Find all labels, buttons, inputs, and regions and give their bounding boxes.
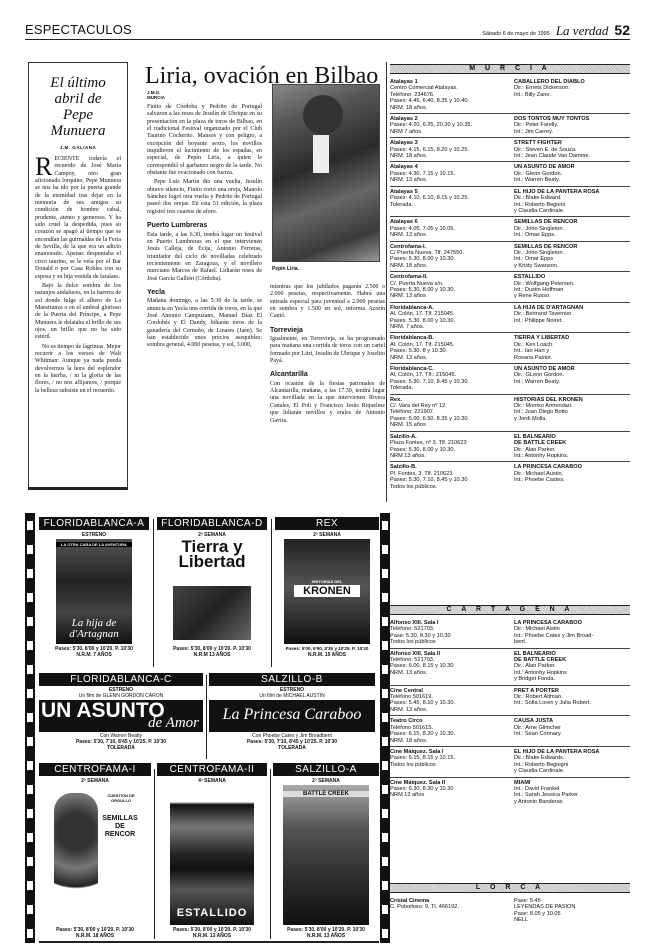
sprocket-hole	[27, 833, 33, 842]
cinema-listing: Atalayas 6Pases: 4.05, 7.05 y 10.05.NRM.…	[390, 217, 630, 241]
page-number: 52	[614, 22, 630, 38]
poster-princesa-caraboo: La Princesa Caraboo	[209, 700, 375, 732]
cinema-ads: FLORIDABLANCA-A ESTRENO LA OTRA CARA DE …	[25, 513, 390, 943]
cinema-info: NRM. 18 años.	[390, 105, 510, 111]
sprocket-hole	[27, 905, 33, 914]
poster-battle-creek: BATTLE CREEK	[283, 785, 369, 925]
cinema-listing: Salzillo-A.Plaza Fontes, nº 3. Tlf. 2106…	[390, 432, 630, 463]
ad-salzillo-b: SALZILLO-B ESTRENO Un film de MICHAEL AU…	[209, 673, 375, 751]
film-credit: Int.: Warren Beaty.	[514, 177, 630, 183]
drop-cap: R	[35, 156, 52, 178]
sprocket-hole	[382, 617, 388, 626]
listings-murcia: M U R C I A Atalayas 1Centro Comercial A…	[390, 64, 630, 492]
ad-divider	[154, 769, 155, 939]
film-credit: Int.: Sean Connary.	[514, 731, 630, 737]
sprocket-hole	[382, 569, 388, 578]
cinema-listing: Cine Máiquez. Sala IPases: 6.15, 8.15 y …	[390, 747, 630, 778]
cinema-listing: Floridablanca-C.Al. Colón, 17. Tlf.: 215…	[390, 364, 630, 395]
sprocket-hole	[382, 809, 388, 818]
ad-divider	[153, 519, 154, 667]
cinema-listing: Teatro CircoTeléfono 501615.Pases: 6.15,…	[390, 716, 630, 747]
subhead-alcantarilla: Alcantarilla	[270, 371, 385, 378]
section-title: ESPECTACULOS	[25, 22, 132, 37]
filmstrip-right	[380, 513, 390, 943]
film-credit: bent.	[514, 639, 630, 645]
ad-rex: REX 2ª SEMANA HISTORIAS DEL KRONEN Pases…	[275, 517, 379, 658]
column-title: El último abril de Pepe Munuera	[35, 75, 121, 139]
cinema-listing: Centrofama-II.C/. Puerta Nueva s/n.Pases…	[390, 272, 630, 303]
sprocket-hole	[27, 689, 33, 698]
film-credit: y Bridget Fonda.	[514, 676, 630, 682]
sprocket-hole	[27, 929, 33, 938]
sprocket-hole	[382, 737, 388, 746]
listings-lorca: L O R C A Cristal CinemaC. Poboiloso: 9.…	[390, 883, 630, 926]
bullfighter-photo	[272, 84, 380, 262]
cinema-listing: Atalayas 2Pases: 4.20, 6.25, 20.30 y 10.…	[390, 114, 630, 138]
sprocket-hole	[27, 617, 33, 626]
sprocket-hole	[382, 905, 388, 914]
sprocket-hole	[382, 593, 388, 602]
film-credit: NELL	[514, 917, 630, 923]
sprocket-hole	[382, 929, 388, 938]
sprocket-hole	[27, 521, 33, 530]
film-credit: y Kristy Swanson.	[514, 263, 630, 269]
film-credit: y Antonio Banderas	[514, 799, 630, 805]
listings-cartagena: C A R T A G E N A Alfonso XIII. Sala ITe…	[390, 605, 630, 807]
cinema-info: NRM. 13 años	[390, 293, 510, 299]
cinema-listing: Alfonso XIII. Sala IITeléfono: 521703.Pa…	[390, 649, 630, 686]
ad-centrofama-ii: CENTROFAMA-II 4ª SEMANA ESTALLIDO Pases:…	[157, 763, 267, 939]
cinema-info: NRM 7 años.	[390, 129, 510, 135]
film-title: EL BALNEARIO DE BATTLE CREEK	[514, 651, 630, 664]
filmstrip-left	[25, 513, 35, 943]
cinema-listing: Atalayas 1Centro Comercial Atalayas.Telé…	[390, 77, 630, 114]
sprocket-hole	[382, 665, 388, 674]
cinema-info: NRM. 13 años.	[390, 670, 510, 676]
film-credit: Int.: Warren Beaty.	[514, 379, 630, 385]
cinema-listing: Cristal CinemaC. Poboiloso: 9. Tl. 46619…	[390, 896, 630, 926]
sprocket-hole	[27, 881, 33, 890]
cinema-listing: Atalayas 4Pases: 4.30, 7.15 y 10.15.NRM.…	[390, 162, 630, 186]
ad-floridablanca-d: FLORIDABLANCA-D 2ª SEMANA Tierra y Liber…	[157, 517, 267, 658]
sprocket-hole	[382, 713, 388, 722]
issue-date: Sábado 6 de mayo de 1995	[482, 31, 550, 37]
ad-salzillo-a: SALZILLO-A 2ª SEMANA BATTLE CREEK Pases:…	[273, 763, 379, 939]
sprocket-hole	[382, 881, 388, 890]
cinema-info: NRM. 18 años.	[390, 153, 510, 159]
sprocket-hole	[382, 521, 388, 530]
cinema-info: NRM. 13 años.	[390, 355, 510, 361]
article-column-b: mientras que los jubilados pagarán 2.500…	[270, 284, 385, 425]
subhead-torrevieja: Torrevieja	[270, 327, 385, 334]
film-credit: y Rene Russo.	[514, 293, 630, 299]
ad-floridablanca-c: FLORIDABLANCA-C ESTRENO Un film de GLENN…	[39, 673, 203, 751]
film-title: EL BALNEARIO DE BATTLE CREEK	[514, 434, 630, 447]
article-byline: J.M.G. MURCIA	[147, 90, 165, 100]
cinema-info: NRM. 18 años.	[390, 738, 510, 744]
cinema-info: NRM. 13 años.	[390, 232, 510, 238]
film-credit: Int.: Jean Claude Van Damme.	[514, 153, 630, 159]
sprocket-hole	[382, 785, 388, 794]
newspaper-logo: La verdad	[556, 23, 609, 39]
cinema-listing: Atalayas 3Pases: 4.15, 6.15, 8.20 y 10.2…	[390, 138, 630, 162]
cinema-listing: Salzillo-B.Pl. Fontes, 3. Tlf. 210623Pas…	[390, 462, 630, 492]
poster-tierra-libertad: Tierra y Libertad	[169, 539, 255, 644]
sprocket-hole	[27, 857, 33, 866]
sprocket-hole	[27, 737, 33, 746]
sprocket-hole	[27, 713, 33, 722]
sprocket-hole	[382, 761, 388, 770]
sprocket-hole	[382, 689, 388, 698]
cinema-listing: Centrofama-I.C/ Puerta Nueva. Tlf. 24755…	[390, 242, 630, 273]
cinema-info: Tolerada.	[390, 202, 510, 208]
cinema-listing: Cine CentralTeléfono 501619.Pases: 5.45,…	[390, 686, 630, 717]
cinema-info: C. Poboiloso: 9. Tl. 466192.	[390, 904, 510, 910]
photo-shirt-shape	[313, 135, 329, 173]
column-body: RECIENTE todavía el recuerdo de José Mar…	[35, 156, 121, 395]
sprocket-hole	[27, 569, 33, 578]
ad-floridablanca-a: FLORIDABLANCA-A ESTRENO LA OTRA CARA DE …	[39, 517, 149, 658]
cinema-info: NRM 13 años	[390, 792, 510, 798]
sprocket-hole	[27, 785, 33, 794]
cinema-listing: Atalayas 5Pases: 4.10, 6.10, 8.15 y 10.2…	[390, 187, 630, 218]
film-credit: y Claudia Cardinale.	[514, 208, 630, 214]
region-band-murcia: M U R C I A	[390, 64, 630, 74]
film-credit: y Jordi Molla.	[514, 416, 630, 422]
cinema-listing: Floridablanca-A.Al. Colón, 17. Tlf. 2150…	[390, 303, 630, 334]
cinema-listing: Rex.C/. Vara del Rey nº 12.Teléfono: 221…	[390, 395, 630, 432]
sprocket-hole	[27, 809, 33, 818]
region-band-cartagena: C A R T A G E N A	[390, 605, 630, 615]
cinema-info: Todos los públicos	[390, 762, 510, 768]
photo-head-shape	[303, 95, 343, 135]
column-byline: J.M. GALIANA	[35, 145, 121, 150]
cinema-listing: Floridablanca-B.Al. Colón, 17. Tlf. 2150…	[390, 333, 630, 364]
cinema-info: NRM. 18 años.	[390, 263, 510, 269]
sprocket-hole	[382, 641, 388, 650]
subhead-puerto-lumbreras: Puerto Lumbreras	[147, 222, 262, 229]
photo-caption: Pepín Liria.	[272, 266, 299, 272]
ad-centrofama-i: CENTROFAMA-I 2ª SEMANA CUESTION DE ORGUL…	[39, 763, 151, 939]
sprocket-hole	[382, 857, 388, 866]
sprocket-hole	[382, 833, 388, 842]
sprocket-hole	[27, 665, 33, 674]
sprocket-hole	[27, 593, 33, 602]
cinema-info: NRM. 13 años.	[390, 177, 510, 183]
film-credit: Int.: Jim Carrey.	[514, 129, 630, 135]
ad-divider	[206, 675, 207, 759]
cinema-info: Tolerada.	[390, 385, 510, 391]
ad-divider	[271, 519, 272, 667]
film-credit: Int.: Sofia Loren y Julia Robert.	[514, 700, 630, 706]
film-credit: Int.: Philippe Noiret.	[514, 318, 630, 324]
region-band-lorca: L O R C A	[390, 883, 630, 893]
sprocket-hole	[27, 545, 33, 554]
cinema-info: NRM 13 años.	[390, 453, 510, 459]
film-credit: Int.: Antonhy Hopkins.	[514, 453, 630, 459]
ad-divider	[270, 769, 271, 939]
article-column-a: Finito de Córdoba y Pedrito de Portugal …	[147, 104, 262, 350]
opinion-column: El último abril de Pepe Munuera J.M. GAL…	[28, 62, 128, 490]
column-divider	[386, 62, 387, 502]
sprocket-hole	[27, 641, 33, 650]
page-header: ESPECTACULOS Sábado 6 de mayo de 1995 La…	[25, 22, 630, 40]
ads-bottom-rule	[39, 941, 379, 943]
cinema-info: NRM. 13 años.	[390, 707, 510, 713]
poster-estallido: ESTALLIDO	[170, 785, 254, 925]
poster-semillas-rencor: CUESTION DE ORGULLO SEMILLAS DE RENCOR	[50, 785, 140, 925]
subhead-yecla: Yecla	[147, 289, 262, 296]
cinema-info: Todos los públicos	[390, 639, 510, 645]
film-credit: Int.: Billy Zane.	[514, 92, 630, 98]
cinema-listing: Alfonso XIII. Sala ITeléfono: 521703.Pas…	[390, 618, 630, 649]
poster-hija-artagnan: LA OTRA CARA DE LA AVENTURA La hija de d…	[56, 539, 132, 644]
cinema-info: NRM. 7 años.	[390, 324, 510, 330]
film-credit: y Claudia Cardinale.	[514, 768, 630, 774]
poster-asunto-amor: UN ASUNTO de Amor	[39, 700, 203, 732]
cinema-listing: Cine Máiquez. Sala IIPases: 6.30, 8.30 y…	[390, 778, 630, 808]
sprocket-hole	[382, 545, 388, 554]
cinema-info: Todos los públicos.	[390, 484, 510, 490]
film-credit: Rosana Pastor.	[514, 355, 630, 361]
film-credit: Int.: Omas Epps.	[514, 232, 630, 238]
cinema-info: NRM. 15 años	[390, 422, 510, 428]
sprocket-hole	[27, 761, 33, 770]
poster-kronen: HISTORIAS DEL KRONEN	[284, 539, 370, 644]
film-credit: Int.: Phoebe Castes.	[514, 477, 630, 483]
